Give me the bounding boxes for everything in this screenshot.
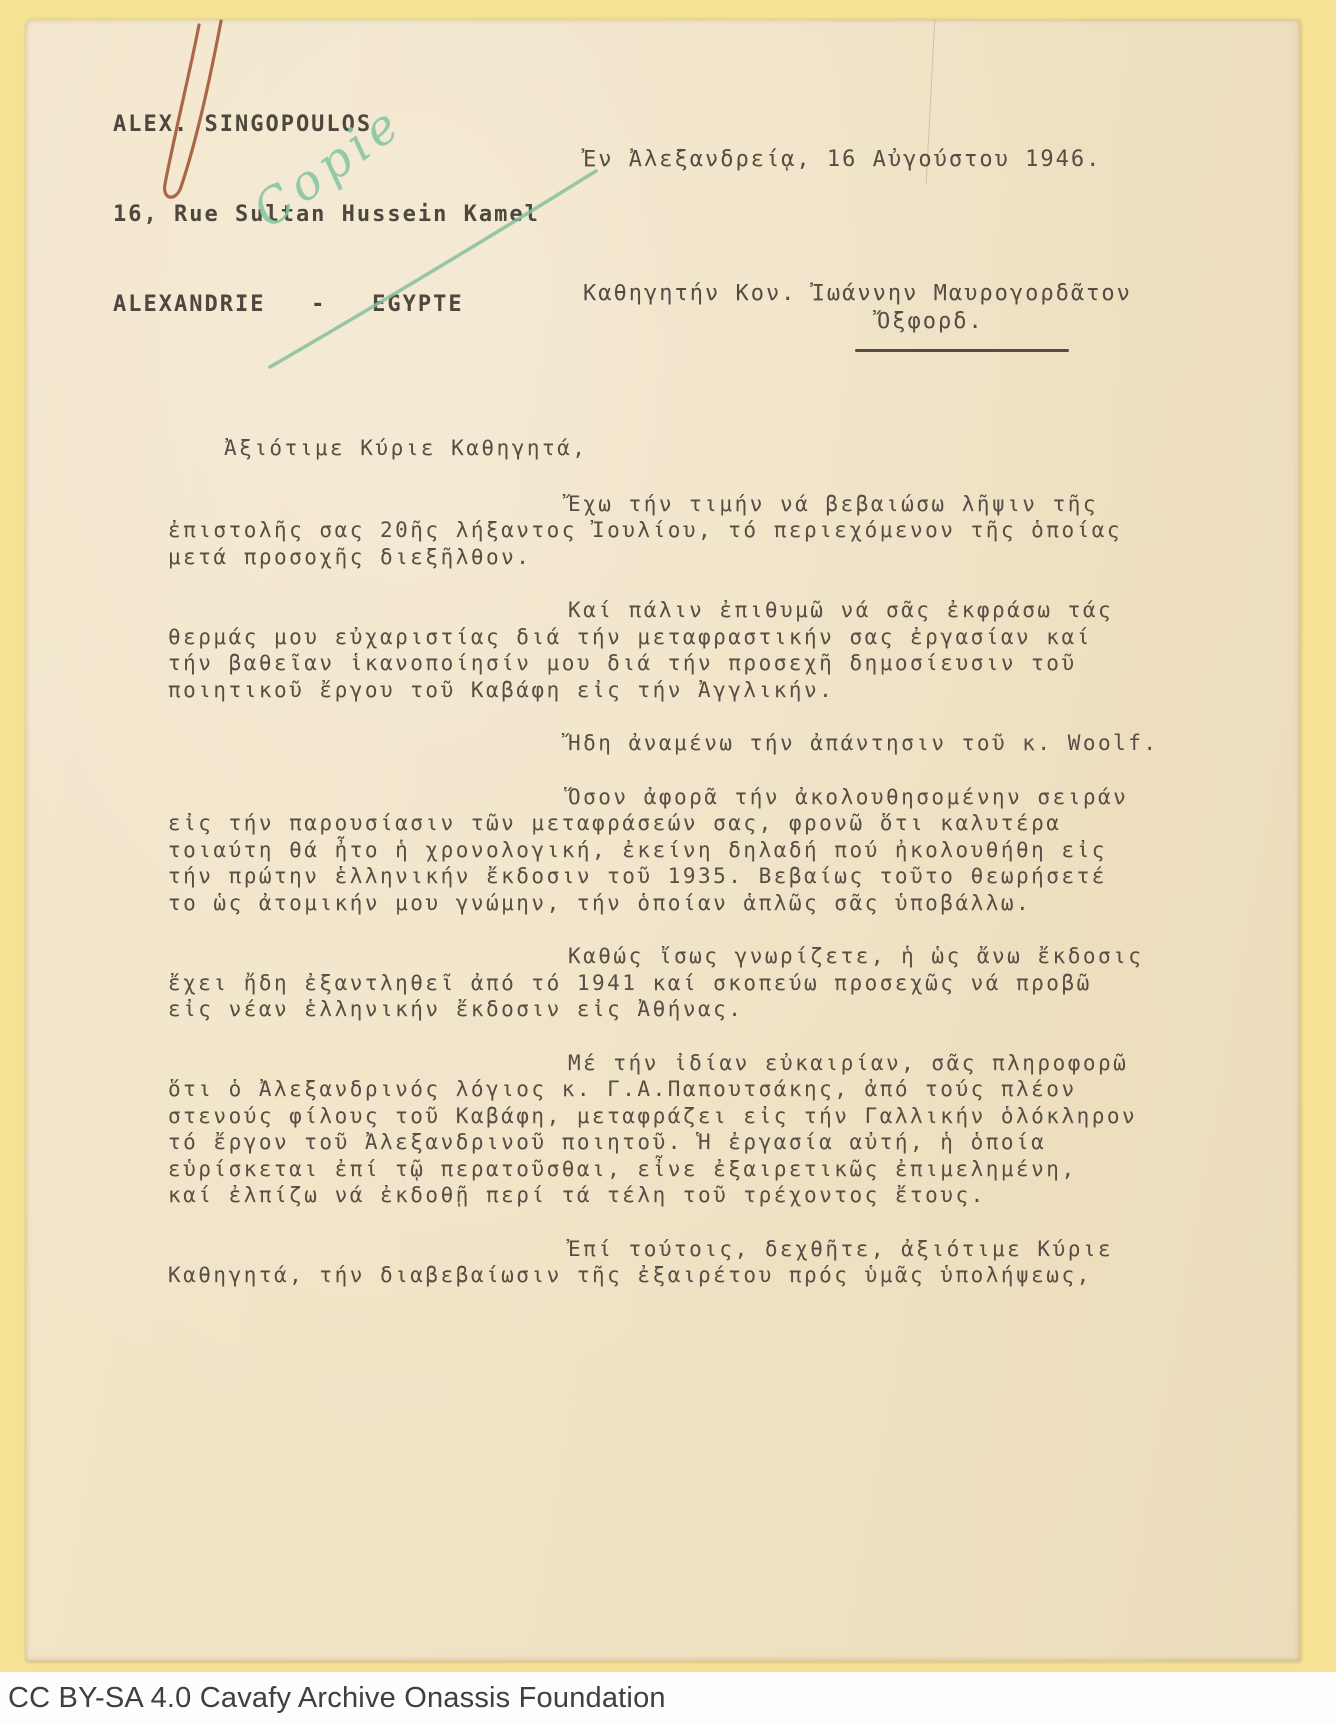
letter-paragraph: Ἤδη ἀναμένω τήν ἀπάντησιν τοῦ κ. Woolf.	[168, 730, 1228, 757]
letter-line: καί ἐλπίζω νά ἐκδοθῇ περί τά τέλη τοῦ τρ…	[168, 1182, 1228, 1209]
letter-line: θερμάς μου εὐχαριστίας διά τήν μεταφραστ…	[168, 624, 1228, 651]
paragraphs-container: Ἔχω τήν τιμήν νά βεβαιώσω λῆψιν τῆςἐπιστ…	[168, 491, 1228, 1289]
letter-line: Ἐπί τούτοις, δεχθῆτε, ἀξιότιμε Κύριε	[168, 1236, 1228, 1263]
letter-paragraph: Καθώς ἴσως γνωρίζετε, ἡ ὡς ἄνω ἔκδοσιςἔχ…	[168, 943, 1228, 1023]
letter-line: ποιητικοῦ ἔργου τοῦ Καβάφη εἰς τήν Ἀγγλι…	[168, 677, 1228, 704]
letterhead-street: 16, Rue Sultan Hussein Kamel	[113, 200, 540, 230]
letter-paragraph: Ὅσον ἀφορᾶ τήν ἀκολουθησομένην σειράνεἰς…	[168, 784, 1228, 917]
recipient-name: Καθηγητήν Κον. Ἰωάννην Μαυρογορδᾶτον	[583, 281, 1132, 306]
letter-line: το ὡς ἀτομικήν μου γνώμην, τήν ὁποίαν ἁπ…	[168, 890, 1228, 917]
letter-line: Καί πάλιν ἐπιθυμῶ νά σᾶς ἐκφράσω τάς	[168, 597, 1228, 624]
letter-line: εἰς τήν παρουσίασιν τῶν μεταφράσεών σας,…	[168, 810, 1228, 837]
letter-line: τήν βαθεῖαν ἱκανοποίησίν μου διά τήν προ…	[168, 650, 1228, 677]
letter-paragraph: Καί πάλιν ἐπιθυμῶ νά σᾶς ἐκφράσω τάςθερμ…	[168, 597, 1228, 703]
letter-line: τήν πρώτην ἑλληνικήν ἔκδοσιν τοῦ 1935. Β…	[168, 863, 1228, 890]
letter-line: μετά προσοχῆς διεξῆλθον.	[168, 544, 1228, 571]
letter-line: τοιαύτη θά ἦτο ἡ χρονολογική, ἐκείνη δηλ…	[168, 837, 1228, 864]
letter-line: ὅτι ὁ Ἀλεξανδρινός λόγιος κ. Γ.Α.Παπουτσ…	[168, 1076, 1228, 1103]
letter-line: Ἤδη ἀναμένω τήν ἀπάντησιν τοῦ κ. Woolf.	[168, 730, 1228, 757]
letter-line: στενούς φίλους τοῦ Καβάφη, μεταφράζει εἰ…	[168, 1103, 1228, 1130]
dateline: Ἐν Ἀλεξανδρείᾳ, 16 Αὐγούστου 1946.	[583, 147, 1101, 172]
letter-line: Ὅσον ἀφορᾶ τήν ἀκολουθησομένην σειράν	[168, 784, 1228, 811]
letter-paragraph: Ἐπί τούτοις, δεχθῆτε, ἀξιότιμε ΚύριεΚαθη…	[168, 1236, 1228, 1289]
letter-body: Ἀξιότιμε Κύριε Καθηγητά, Ἔχω τήν τιμήν ν…	[168, 435, 1228, 1316]
letter-line: Καθώς ἴσως γνωρίζετε, ἡ ὡς ἄνω ἔκδοσις	[168, 943, 1228, 970]
letter-paragraph: Ἔχω τήν τιμήν νά βεβαιώσω λῆψιν τῆςἐπιστ…	[168, 491, 1228, 571]
salutation: Ἀξιότιμε Κύριε Καθηγητά,	[168, 435, 1228, 462]
letter-line: Καθηγητά, τήν διαβεβαίωσιν τῆς ἐξαιρέτου…	[168, 1262, 1228, 1289]
letterhead-city: ALEXANDRIE - EGYPTE	[113, 290, 540, 320]
letter-line: τό ἔργον τοῦ Ἀλεξανδρινοῦ ποιητοῦ. Ἡ ἐργ…	[168, 1129, 1228, 1156]
letter-paper: ALEX. SINGOPOULOS 16, Rue Sultan Hussein…	[25, 19, 1300, 1661]
recipient-underline	[855, 349, 1069, 352]
license-text: CC BY-SA 4.0 Cavafy Archive Onassis Foun…	[0, 1682, 666, 1715]
letter-line: ἔχει ἤδη ἐξαντληθεῖ ἀπό τό 1941 καί σκοπ…	[168, 970, 1228, 997]
letter-line: Ἔχω τήν τιμήν νά βεβαιώσω λῆψιν τῆς	[168, 491, 1228, 518]
scanned-letter-page: ALEX. SINGOPOULOS 16, Rue Sultan Hussein…	[0, 0, 1336, 1725]
letter-line: εὑρίσκεται ἐπί τῷ περατοῦσθαι, εἶνε ἐξαι…	[168, 1156, 1228, 1183]
letter-line: εἰς νέαν ἑλληνικήν ἔκδοσιν εἰς Ἀθήνας.	[168, 996, 1228, 1023]
letter-line: Μέ τήν ἰδίαν εὐκαιρίαν, σᾶς πληροφορῶ	[168, 1050, 1228, 1077]
letter-line: ἐπιστολῆς σας 20ῆς λήξαντος Ἰουλίου, τό …	[168, 517, 1228, 544]
letterhead: ALEX. SINGOPOULOS 16, Rue Sultan Hussein…	[113, 50, 540, 380]
letter-paragraph: Μέ τήν ἰδίαν εὐκαιρίαν, σᾶς πληροφορῶὅτι…	[168, 1050, 1228, 1209]
license-bar: CC BY-SA 4.0 Cavafy Archive Onassis Foun…	[0, 1672, 1336, 1725]
recipient-city: Ὄξφορδ.	[877, 309, 984, 334]
